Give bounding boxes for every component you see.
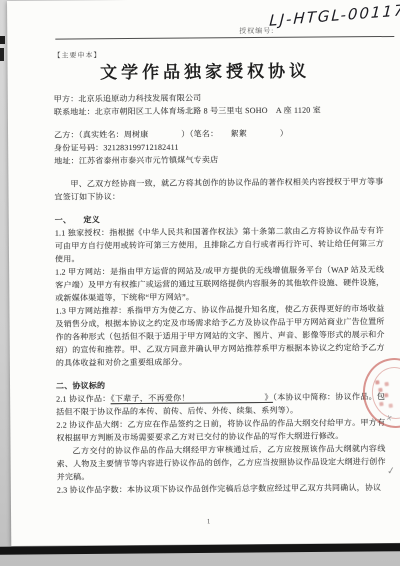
scanned-contract-page: 授权编号: LJ-HTGL-00117 【主要申本】 文学作品独家授权协议 甲方… <box>7 0 400 546</box>
work-title-underlined: 《下辈子，不再爱你！ 》 <box>111 393 273 403</box>
clause-2-2: 2.2 协议作品大纲：乙方应在作品签约之日前，将协议作品的作品大纲交付给甲方。甲… <box>56 416 385 445</box>
clause-1-1: 1.1 独家授权：指根据《中华人民共和国著作权法》第十条第二款由乙方将协议作品专… <box>55 224 384 266</box>
scan-edge-artifact <box>0 48 4 61</box>
contract-body: 甲方：北京乐追原动力科技发展有限公司 联系地址：北京市朝阳区工人体育场北路 8 … <box>54 90 386 497</box>
page-number: 1 <box>11 516 400 527</box>
authorization-number-handwritten: LJ-HTGL-00117 <box>269 1 400 30</box>
clause-2-2-continued: 乙方交付的协议作品的作品大纲经甲方审核通过后，乙方应按照该作品大纲就内容线索、人… <box>56 442 385 484</box>
scanned-document-view: 授权编号: LJ-HTGL-00117 【主要申本】 文学作品独家授权协议 甲方… <box>0 0 400 566</box>
scan-edge-artifact <box>0 36 5 44</box>
clause-2-3: 2.3 协议作品字数：本协议项下协议作品创作完稿后总字数应经过甲乙双方共同确认，… <box>57 481 386 497</box>
clause-2-1: 2.1 协议作品：《下辈子，不再爱你！ 》（本协议中简称：协议作品。包括但不限于… <box>56 390 385 419</box>
red-seal-inner-ring <box>369 364 400 422</box>
pen-mark: ✓ <box>386 465 396 477</box>
clause-1-3: 1.3 甲方网站推荐：系指甲方为使乙方、协议作品提升知名度，使乙方获得更好的市场… <box>55 302 385 370</box>
preamble: 甲、乙双方经协商一致，就乙方将其创作的协议作品的著作权相关内容授权于甲方等事宜签… <box>54 175 383 204</box>
header-rule <box>55 36 394 40</box>
clause-2-1-prefix: 2.1 协议作品： <box>56 394 111 403</box>
red-seal-glyph-marks <box>375 380 380 385</box>
document-title: 文学作品独家授权协议 <box>7 56 400 84</box>
clause-1-2: 1.2 甲方网站：是指由甲方运营的网站及/或甲方提供的无线增值服务平台（WAP … <box>55 263 384 305</box>
